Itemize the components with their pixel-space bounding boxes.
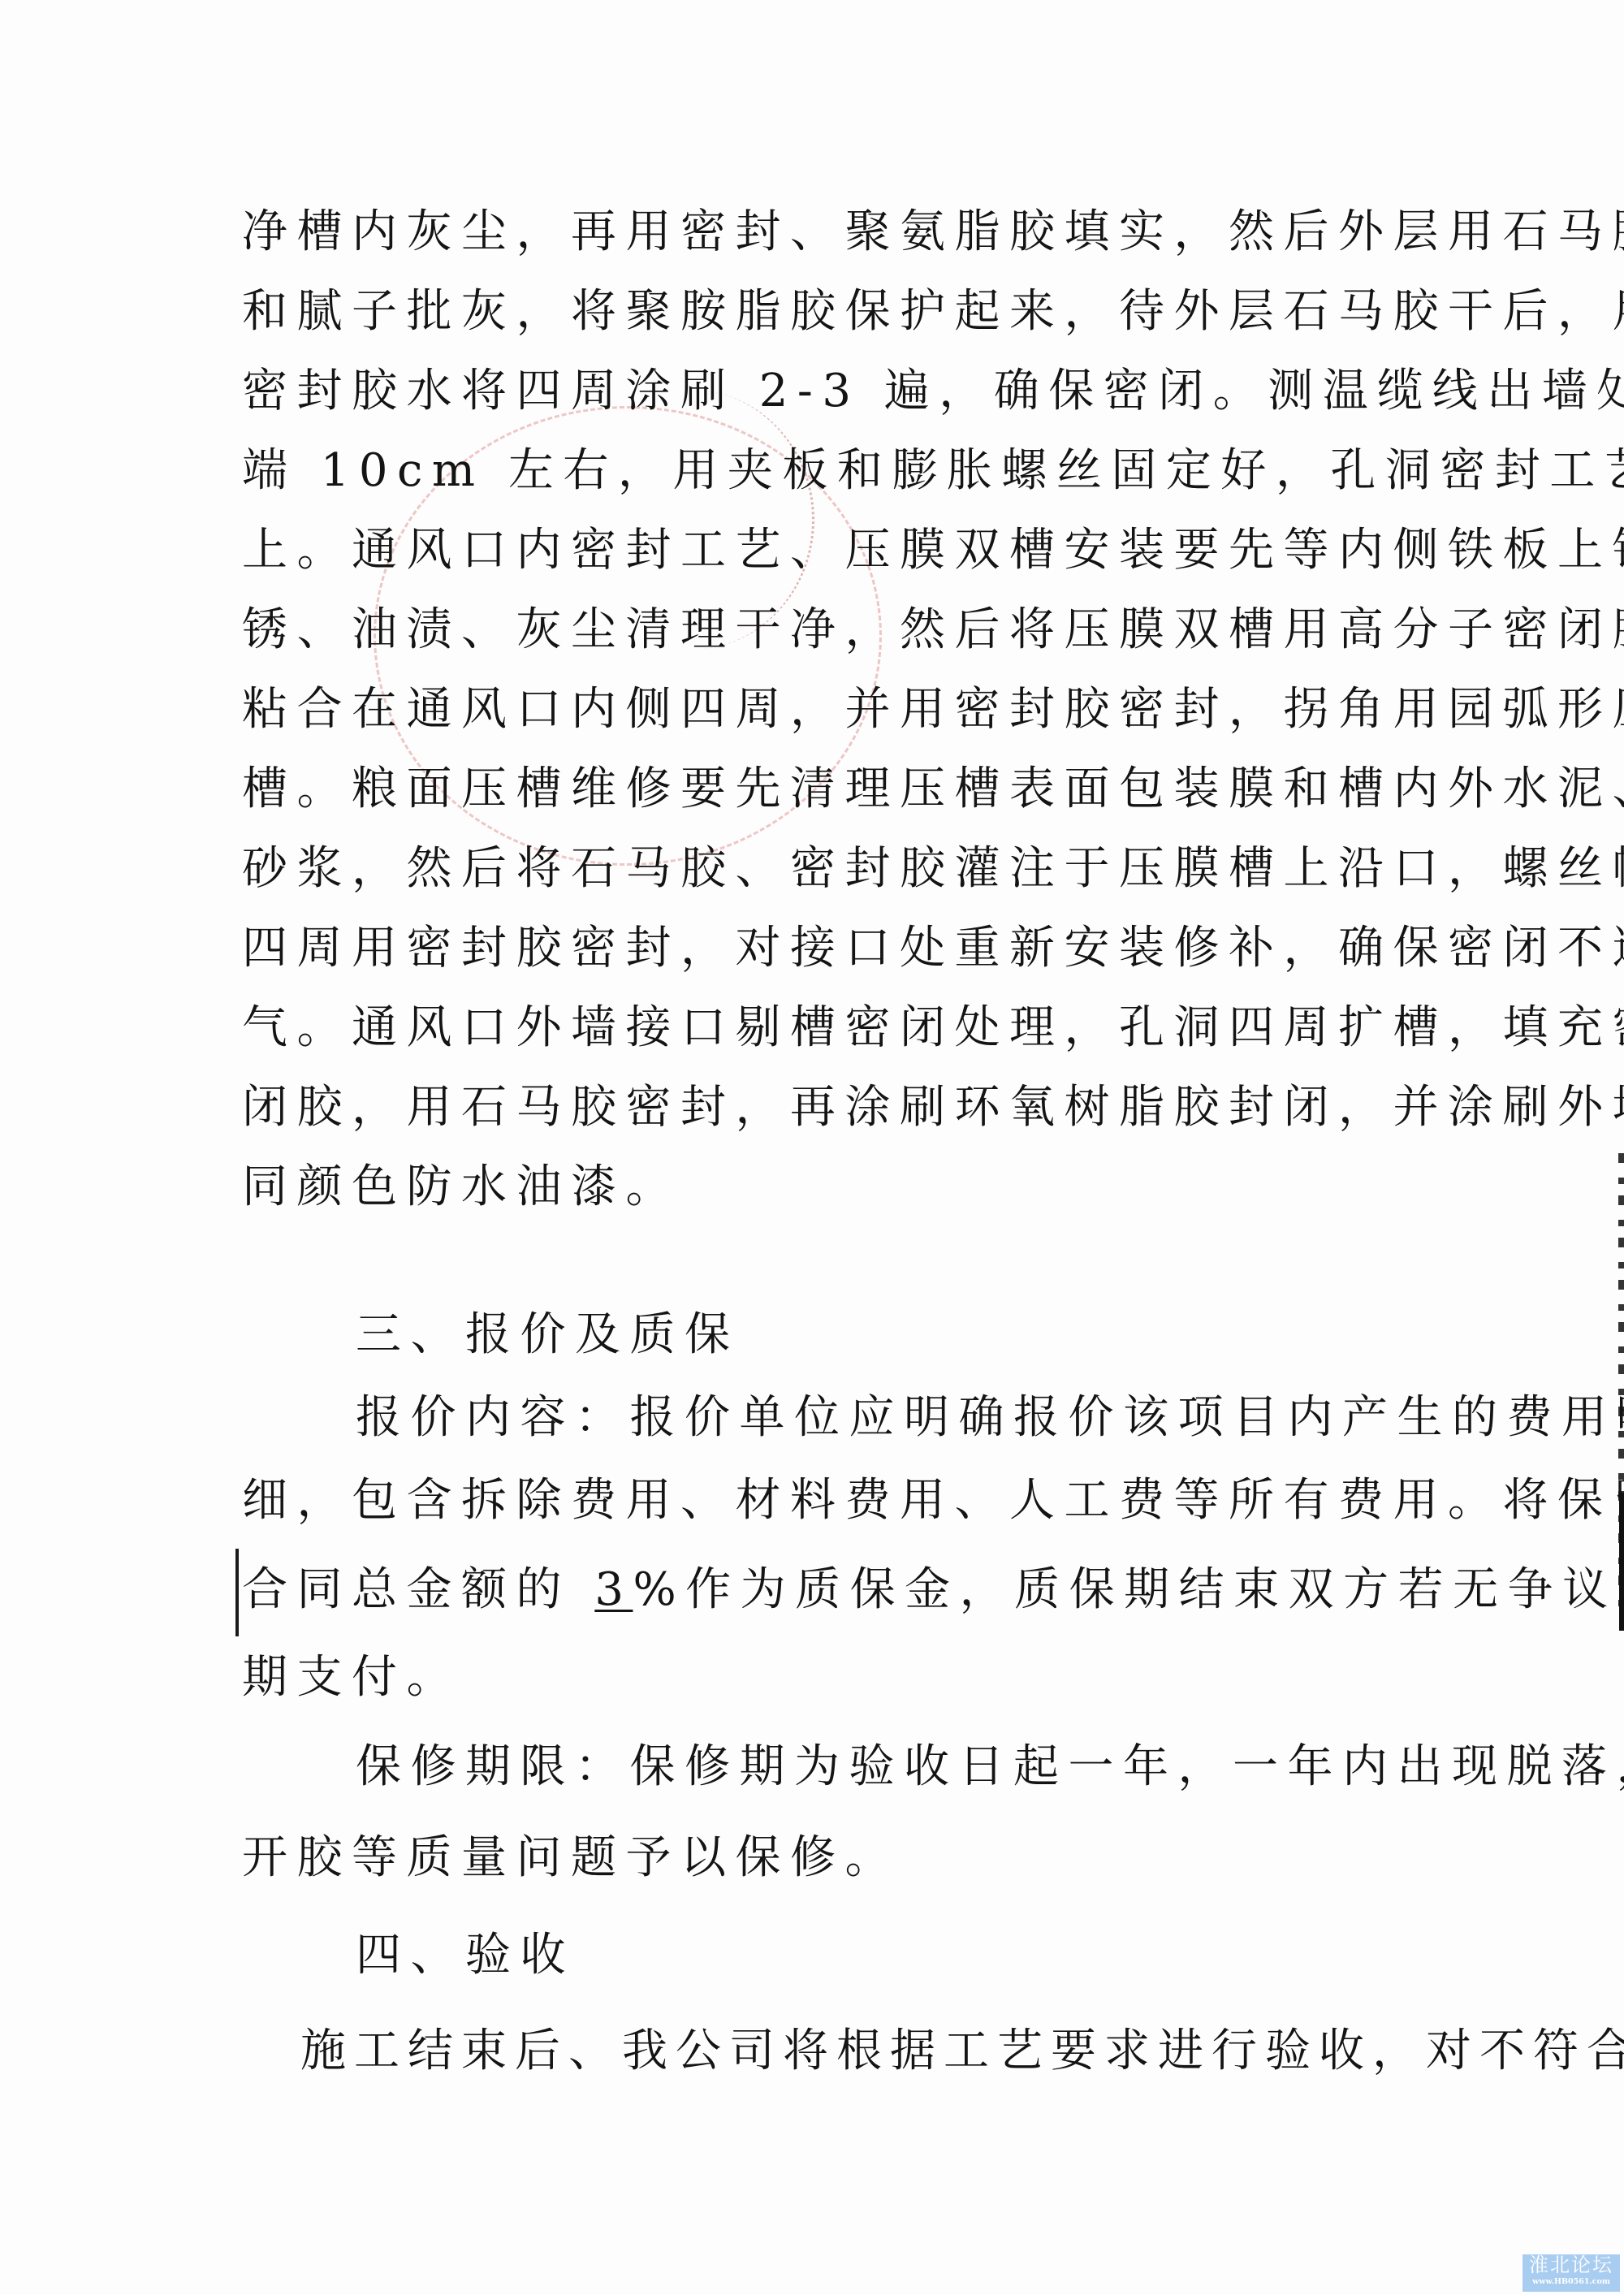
quote-text-post: %作为质保金，质保期结束双方若无争议，按 xyxy=(633,1563,1624,1616)
section-heading-quote-warranty: 三、报价及质保 xyxy=(356,1306,1502,1364)
margin-change-bar xyxy=(235,1549,239,1636)
section-heading-acceptance: 四、验收 xyxy=(356,1926,1502,1985)
forum-watermark: 淮北论坛 www.HB0561.com xyxy=(1522,2254,1620,2292)
watermark-url: www.HB0561.com xyxy=(1522,2276,1620,2289)
body-line: 闭胶，用石马胶密封，再涂刷环氧树脂胶封闭，并涂刷外墙 xyxy=(242,1078,1389,1137)
quote-text-pre: 合同总金额的 xyxy=(242,1563,594,1616)
body-line: 净槽内灰尘，再用密封、聚氨脂胶填实，然后外层用石马腕 xyxy=(242,203,1389,261)
watermark-title: 淮北论坛 xyxy=(1522,2254,1620,2276)
body-line: 气。通风口外墙接口剔槽密闭处理，孔洞四周扩槽，填充密 xyxy=(242,999,1389,1057)
body-line: 端 10cm 左右，用夹板和膨胀螺丝固定好，孔洞密封工艺同 xyxy=(242,442,1389,500)
quote-content-line: 合同总金额的 3%作为质保金，质保期结束双方若无争议，按 xyxy=(242,1561,1389,1619)
warranty-line: 保修期限：保修期为验收日起一年，一年内出现脱落， xyxy=(356,1738,1389,1796)
scanned-document-page: 净槽内灰尘，再用密封、聚氨脂胶填实，然后外层用石马腕 和腻子批灰，将聚胺脂胶保护… xyxy=(0,0,1624,2295)
body-line: 槽。粮面压槽维修要先清理压槽表面包装膜和槽内外水泥、 xyxy=(242,760,1389,819)
quote-content-line: 期支付。 xyxy=(242,1649,1389,1707)
body-line: 上。通风口内密封工艺、压膜双槽安装要先等内侧铁板上铁 xyxy=(242,521,1389,580)
acceptance-line: 施工结束后、我公司将根据工艺要求进行验收，对不符合 xyxy=(300,2022,1447,2081)
body-line: 锈、油渍、灰尘清理干净，然后将压膜双槽用高分子密闭胶 xyxy=(242,601,1389,659)
body-line: 密封胶水将四周涂刷 2-3 遍，确保密闭。测温缆线出墙处下 xyxy=(242,362,1389,421)
scan-edge-bar xyxy=(1619,1493,1624,1631)
retention-percent-underlined: 3 xyxy=(594,1563,633,1616)
body-line: 砂浆，然后将石马胶、密封胶灌注于压膜槽上沿口，螺丝帽 xyxy=(242,840,1389,898)
warranty-line: 开胶等质量问题予以保修。 xyxy=(242,1829,1389,1887)
body-line: 和腻子批灰，将聚胺脂胶保护起来，待外层石马胶干后，用 xyxy=(242,283,1389,341)
body-line: 粘合在通风口内侧四周，并用密封胶密封，拐角用园弧形压 xyxy=(242,681,1389,739)
quote-content-line: 细，包含拆除费用、材料费用、人工费等所有费用。将保留 xyxy=(242,1472,1389,1530)
quote-content-line: 报价内容：报价单位应明确报价该项目内产生的费用明 xyxy=(356,1389,1389,1447)
body-line: 同颜色防水油漆。 xyxy=(242,1158,1389,1217)
body-line: 四周用密封胶密封，对接口处重新安装修补，确保密闭不透 xyxy=(242,919,1389,978)
